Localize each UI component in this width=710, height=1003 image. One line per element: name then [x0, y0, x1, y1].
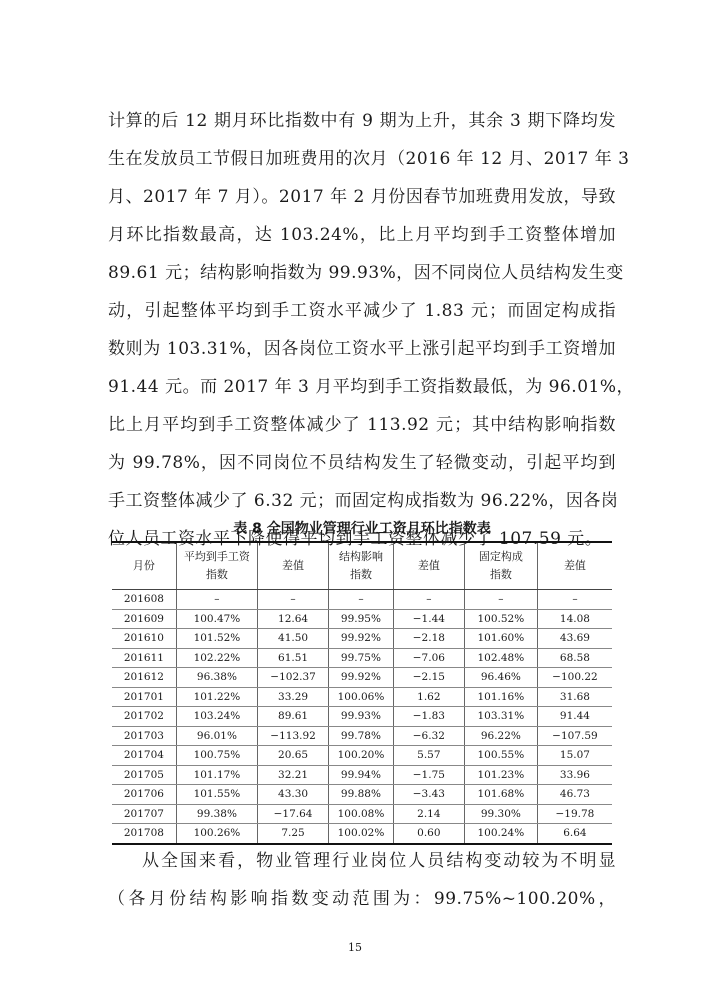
table-cell: 101.52%	[176, 629, 257, 649]
table-cell: −17.64	[258, 804, 329, 824]
table-row: 201611102.22%61.5199.75%−7.06102.48%68.5…	[112, 648, 612, 668]
table-cell: 41.50	[258, 629, 329, 649]
table-cell: 201610	[112, 629, 176, 649]
table-cell: 43.30	[258, 785, 329, 805]
table-cell: 0.60	[393, 824, 464, 844]
table-cell: 100.06%	[329, 687, 394, 707]
text-line: 为 99.78%，因不同岗位不员结构发生了轻微变动，引起平均到	[108, 444, 616, 482]
table-cell: –	[176, 590, 257, 610]
table-cell: 99.92%	[329, 629, 394, 649]
table-cell: −113.92	[258, 726, 329, 746]
table-row: 20161296.38%−102.3799.92%−2.1596.46%−100…	[112, 668, 612, 688]
table-cell: 99.93%	[329, 707, 394, 727]
text-line: 数则为 103.31%，因各岗位工资水平上涨引起平均到手工资增加	[108, 330, 616, 368]
table-row: 201704100.75%20.65100.20%5.57100.55%15.0…	[112, 746, 612, 766]
table-cell: −2.18	[393, 629, 464, 649]
table-row: 201701101.22%33.29100.06%1.62101.16%31.6…	[112, 687, 612, 707]
table-cell: 99.94%	[329, 765, 394, 785]
table-cell: 31.68	[537, 687, 612, 707]
table-row: 201702103.24%89.6199.93%−1.83103.31%91.4…	[112, 707, 612, 727]
table-cell: −102.37	[258, 668, 329, 688]
table-cell: −7.06	[393, 648, 464, 668]
table-cell: 12.64	[258, 609, 329, 629]
table-cell: 100.55%	[464, 746, 537, 766]
table-cell: 100.47%	[176, 609, 257, 629]
table-cell: 61.51	[258, 648, 329, 668]
table-cell: 201608	[112, 590, 176, 610]
table-cell: −1.83	[393, 707, 464, 727]
table-cell: 96.38%	[176, 668, 257, 688]
table-cell: 91.44	[537, 707, 612, 727]
table-cell: 201609	[112, 609, 176, 629]
table-row: 201708100.26%7.25100.02%0.60100.24%6.64	[112, 824, 612, 844]
table-cell: 99.38%	[176, 804, 257, 824]
table-cell: 2.14	[393, 804, 464, 824]
text-line: （各月份结构影响指数变动范围为：99.75%~100.20%，	[108, 880, 616, 918]
table-cell: 100.52%	[464, 609, 537, 629]
table-row: 201608––––––	[112, 590, 612, 610]
table-cell: 99.75%	[329, 648, 394, 668]
table-cell: 201706	[112, 785, 176, 805]
table-cell: 20.65	[258, 746, 329, 766]
table-cell: 101.17%	[176, 765, 257, 785]
header-diff-2: 差值	[393, 542, 464, 590]
table-cell: –	[329, 590, 394, 610]
table-cell: 201708	[112, 824, 176, 844]
table-cell: 99.88%	[329, 785, 394, 805]
table-caption: 表 8 全国物业管理行业工资月环比指数表	[108, 518, 616, 538]
table-cell: 99.92%	[329, 668, 394, 688]
table-cell: 33.29	[258, 687, 329, 707]
table-row: 201610101.52%41.5099.92%−2.18101.60%43.6…	[112, 629, 612, 649]
table-cell: 32.21	[258, 765, 329, 785]
text-line: 月环比指数最高，达 103.24%，比上月平均到手工资整体增加	[108, 216, 616, 254]
table-cell: 201701	[112, 687, 176, 707]
table-row: 201609100.47%12.6499.95%−1.44100.52%14.0…	[112, 609, 612, 629]
table-cell: 99.30%	[464, 804, 537, 824]
header-month: 月份	[112, 542, 176, 590]
table-cell: −1.75	[393, 765, 464, 785]
table-cell: 100.26%	[176, 824, 257, 844]
table-cell: 15.07	[537, 746, 612, 766]
table-cell: −3.43	[393, 785, 464, 805]
header-avg-wage-index: 平均到手工资指数	[176, 542, 257, 590]
document-page: 计算的后 12 期月环比指数中有 9 期为上升，其余 3 期下降均发 生在发放员…	[0, 0, 710, 1003]
table-cell: 96.46%	[464, 668, 537, 688]
table-cell: 201612	[112, 668, 176, 688]
table-cell: −2.15	[393, 668, 464, 688]
table-row: 20170396.01%−113.9299.78%−6.3296.22%−107…	[112, 726, 612, 746]
paragraph-2: 从全国来看，物业管理行业岗位人员结构变动较为不明显 （各月份结构影响指数变动范围…	[108, 842, 616, 918]
table-row: 20170799.38%−17.64100.08%2.1499.30%−19.7…	[112, 804, 612, 824]
table-header-row: 月份 平均到手工资指数 差值 结构影响指数 差值 固定构成指数 差值	[112, 542, 612, 590]
table-cell: −1.44	[393, 609, 464, 629]
page-number: 15	[0, 941, 710, 954]
text-line: 从全国来看，物业管理行业岗位人员结构变动较为不明显	[108, 842, 616, 880]
header-structure-index: 结构影响指数	[329, 542, 394, 590]
table-cell: 201704	[112, 746, 176, 766]
table-cell: 103.31%	[464, 707, 537, 727]
header-fixed-index: 固定构成指数	[464, 542, 537, 590]
table-cell: 6.64	[537, 824, 612, 844]
text-line: 比上月平均到手工资整体减少了 113.92 元；其中结构影响指数	[108, 406, 616, 444]
table-cell: 101.60%	[464, 629, 537, 649]
table-cell: −107.59	[537, 726, 612, 746]
header-diff-3: 差值	[537, 542, 612, 590]
table-cell: 201702	[112, 707, 176, 727]
header-diff-1: 差值	[258, 542, 329, 590]
text-line: 生在发放员工节假日加班费用的次月（2016 年 12 月、2017 年 3	[108, 140, 616, 178]
table-cell: 102.22%	[176, 648, 257, 668]
table-cell: 68.58	[537, 648, 612, 668]
table-cell: 201611	[112, 648, 176, 668]
table-cell: 99.78%	[329, 726, 394, 746]
table-cell: 7.25	[258, 824, 329, 844]
table-cell: 201703	[112, 726, 176, 746]
table-cell: 102.48%	[464, 648, 537, 668]
table-cell: –	[537, 590, 612, 610]
table-cell: 99.95%	[329, 609, 394, 629]
wage-index-table: 月份 平均到手工资指数 差值 结构影响指数 差值 固定构成指数 差值 20160…	[112, 541, 612, 845]
table-cell: 96.22%	[464, 726, 537, 746]
table-cell: −100.22	[537, 668, 612, 688]
table-cell: 101.68%	[464, 785, 537, 805]
text-line: 手工资整体减少了 6.32 元；而固定构成指数为 96.22%，因各岗	[108, 482, 616, 520]
text-line: 动，引起整体平均到手工资水平减少了 1.83 元；而固定构成指	[108, 292, 616, 330]
text-line: 计算的后 12 期月环比指数中有 9 期为上升，其余 3 期下降均发	[108, 102, 616, 140]
table-cell: 100.02%	[329, 824, 394, 844]
table-cell: 14.08	[537, 609, 612, 629]
table-cell: 5.57	[393, 746, 464, 766]
table-row: 201706101.55%43.3099.88%−3.43101.68%46.7…	[112, 785, 612, 805]
table-cell: 43.69	[537, 629, 612, 649]
table-cell: 100.08%	[329, 804, 394, 824]
table-cell: 101.16%	[464, 687, 537, 707]
table-cell: 101.55%	[176, 785, 257, 805]
table-cell: 100.24%	[464, 824, 537, 844]
table-cell: 46.73	[537, 785, 612, 805]
table-cell: 33.96	[537, 765, 612, 785]
table-cell: 201707	[112, 804, 176, 824]
table-cell: 100.75%	[176, 746, 257, 766]
table-cell: –	[258, 590, 329, 610]
table-cell: 89.61	[258, 707, 329, 727]
table-row: 201705101.17%32.2199.94%−1.75101.23%33.9…	[112, 765, 612, 785]
table-cell: −6.32	[393, 726, 464, 746]
paragraph-1: 计算的后 12 期月环比指数中有 9 期为上升，其余 3 期下降均发 生在发放员…	[108, 102, 616, 558]
table-cell: 101.22%	[176, 687, 257, 707]
text-line: 91.44 元。而 2017 年 3 月平均到手工资指数最低，为 96.01%，	[108, 368, 616, 406]
text-line: 月、2017 年 7 月）。2017 年 2 月份因春节加班费用发放，导致	[108, 178, 616, 216]
table-cell: 101.23%	[464, 765, 537, 785]
table-cell: 201705	[112, 765, 176, 785]
table-cell: 1.62	[393, 687, 464, 707]
table-cell: –	[393, 590, 464, 610]
table-cell: 103.24%	[176, 707, 257, 727]
table-cell: 100.20%	[329, 746, 394, 766]
table-cell: −19.78	[537, 804, 612, 824]
text-line: 89.61 元；结构影响指数为 99.93%，因不同岗位人员结构发生变	[108, 254, 616, 292]
table-cell: –	[464, 590, 537, 610]
table-cell: 96.01%	[176, 726, 257, 746]
